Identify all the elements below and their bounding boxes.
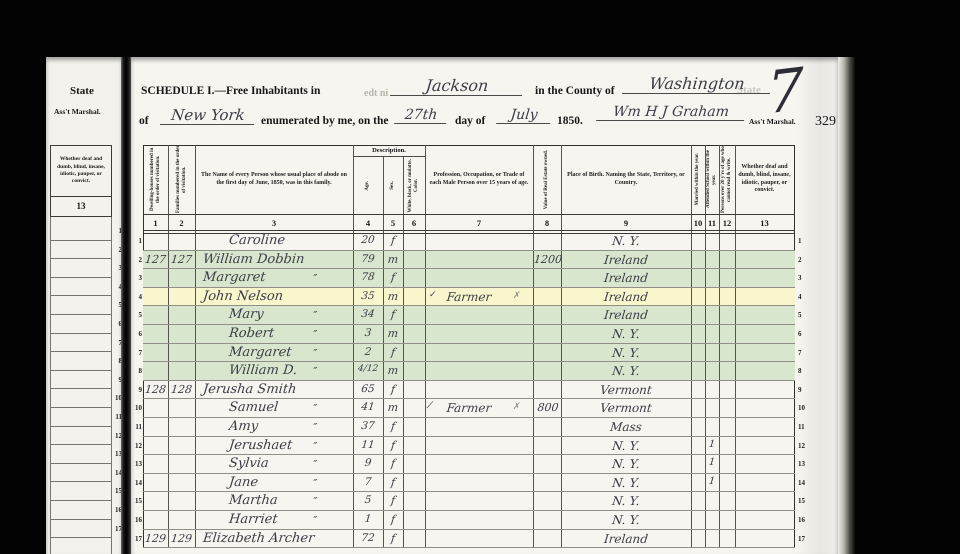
ditto-mark: ″ (312, 309, 327, 322)
facing-marshal-label: Ass't Marshal. (54, 107, 101, 116)
bleedthrough-text: edt ni (364, 88, 388, 99)
ditto-mark: ″ (312, 365, 327, 378)
facing-row-divider (50, 407, 112, 408)
column-number-text-2: 2 (179, 218, 183, 228)
age-value: 65 (352, 383, 383, 395)
row-divider (143, 436, 795, 437)
birthplace-value: Vermont (560, 401, 691, 415)
sex-value: f (382, 476, 403, 489)
ditto-mark: ″ (312, 347, 327, 360)
facing-row-divider (50, 240, 112, 241)
column-header-text-12: Persons over 20 y'rs of age who cannot r… (721, 145, 733, 214)
row-divider (143, 324, 795, 325)
census-page: SCHEDULE I.—Free Inhabitants in edt ni J… (131, 57, 838, 554)
column-number-3: 3 (195, 214, 353, 231)
age-value: 9 (352, 457, 383, 469)
sex-value: m (382, 401, 403, 414)
dwelling-number: 129 (142, 532, 168, 545)
attended-school-mark: 1 (704, 457, 719, 468)
facing-row-divider (50, 388, 112, 389)
dwelling-number: 128 (142, 383, 168, 396)
birthplace-value: Ireland (560, 532, 691, 546)
birthplace-value: Ireland (560, 271, 691, 285)
age-value: 7 (352, 476, 383, 488)
person-name: Robert (228, 326, 370, 341)
occupation-x-mark: ✗ (512, 402, 525, 412)
facing-row-divider (50, 537, 112, 538)
attended-school-mark: 1 (704, 476, 719, 487)
line-number-left: 4 (132, 293, 142, 301)
sex-value: f (382, 439, 403, 452)
column-header-text-13: Whether deaf and dumb, blind, insane, id… (735, 163, 794, 196)
column-header-6: White, black, or mulatto.Color. (403, 157, 425, 214)
facing-row-divider (50, 463, 112, 464)
facing-state-label: State (70, 85, 94, 97)
age-value: 41 (352, 401, 383, 413)
column-header-text-10: Married within the year. (695, 153, 701, 205)
line-number-left: 13 (132, 460, 142, 468)
schedule-title: SCHEDULE I.—Free Inhabitants in (141, 85, 320, 97)
birthplace-value: N. Y. (560, 457, 691, 471)
ditto-mark: ″ (312, 458, 327, 471)
facing-row-divider (50, 481, 112, 482)
column-number-text-8: 8 (545, 218, 549, 228)
facing-row-divider (50, 500, 112, 501)
sex-value: f (382, 494, 403, 507)
age-value: 11 (352, 439, 383, 451)
person-name: Mary (228, 307, 370, 322)
occupation-value: Farmer (424, 401, 513, 415)
person-name: Caroline (228, 233, 370, 248)
facing-col13-header: Whether deaf and dumb, blind, insane, id… (50, 145, 112, 197)
county-label: in the County of (535, 85, 615, 97)
sex-value: f (382, 271, 403, 284)
facing-row-divider (50, 519, 112, 520)
line-number-left: 3 (132, 274, 142, 282)
month-handwritten: July (496, 107, 552, 124)
column-header-2: Families numbered in the order of visita… (168, 145, 195, 214)
family-number: 128 (167, 383, 195, 396)
person-name: Elizabeth Archer (202, 531, 344, 546)
facing-row-divider (50, 277, 112, 278)
person-name: Margaret (228, 345, 370, 360)
column-number-7: 7 (425, 214, 533, 231)
column-number-text-13: 13 (760, 218, 769, 228)
ditto-mark: ″ (312, 495, 327, 508)
person-name: Martha (228, 493, 370, 508)
column-number-1: 1 (143, 214, 168, 231)
sex-value: f (382, 234, 403, 247)
column-header-7: Profession, Occupation, or Trade of each… (425, 145, 533, 214)
line-number-left: 10 (132, 404, 142, 412)
column-number-4: 4 (353, 214, 383, 231)
row-divider (143, 510, 795, 511)
enumerated-label: enumerated by me, on the (261, 115, 388, 127)
ditto-mark: ″ (312, 440, 327, 453)
state-handwritten: New York (160, 106, 256, 125)
line-number-left: 16 (132, 516, 142, 524)
birthplace-value: Mass (560, 420, 691, 434)
age-value: 1 (352, 513, 383, 525)
column-number-9: 9 (561, 214, 691, 231)
ditto-mark: ″ (312, 328, 327, 341)
birthplace-value: N. Y. (560, 327, 691, 341)
column-number-12: 12 (719, 214, 735, 231)
column-number-11: 11 (705, 214, 719, 231)
column-header-text-3: The Name of every Person whose usual pla… (195, 171, 353, 189)
census-image-viewer: State Ass't Marshal. Whether deaf and du… (0, 0, 960, 554)
column-header-text-9: Place of Birth. Naming the State, Territ… (561, 171, 691, 189)
column-header-1: Dwelling-houses numbered in the order of… (143, 145, 168, 214)
sex-value: f (382, 346, 403, 359)
column-header-12: Persons over 20 y'rs of age who cannot r… (719, 145, 735, 214)
line-number-left: 15 (132, 497, 142, 505)
column-number-text-3: 3 (272, 218, 276, 228)
occupation-value: Farmer (424, 290, 513, 304)
row-divider (143, 473, 795, 474)
column-header-text-4: Age. (365, 181, 371, 191)
birthplace-value: N. Y. (560, 439, 691, 453)
column-number-2: 2 (168, 214, 195, 231)
ditto-mark: ″ (312, 421, 327, 434)
facing-column-edge (111, 217, 112, 554)
facing-col13-number-cell: 13 (50, 196, 112, 217)
column-header-text-7: Profession, Occupation, or Trade of each… (425, 171, 533, 189)
column-number-text-11: 11 (708, 218, 716, 228)
line-number-left: 5 (132, 311, 142, 319)
line-number-left: 17 (132, 535, 142, 543)
line-number-left: 11 (132, 423, 142, 431)
column-header-5: Sex. (383, 157, 403, 214)
column-number-8: 8 (533, 214, 561, 231)
line-number-left: 8 (132, 367, 142, 375)
column-number-text-6: 6 (412, 218, 416, 228)
age-value: 4/12 (352, 364, 383, 374)
marshal-label: Ass't Marshal. (749, 117, 796, 126)
column-number-6: 6 (403, 214, 425, 231)
age-value: 5 (352, 494, 383, 506)
column-number-10: 10 (691, 214, 705, 231)
column-header-11: Attended School within the year. (705, 145, 719, 214)
facing-row-divider (50, 314, 112, 315)
birthplace-value: N. Y. (560, 346, 691, 360)
sex-value: f (382, 420, 403, 433)
sex-value: f (382, 513, 403, 526)
column-header-text-11: Attended School within the year. (706, 145, 718, 214)
family-number: 127 (167, 253, 195, 266)
person-name: Jane (228, 475, 370, 490)
column-header-text-6: Color. (414, 179, 420, 192)
column-number-text-4: 4 (366, 218, 370, 228)
column-number-13: 13 (735, 214, 794, 231)
age-value: 37 (352, 420, 383, 432)
column-header-10: Married within the year. (691, 145, 705, 214)
facing-row-divider (50, 258, 112, 259)
column-header-9: Place of Birth. Naming the State, Territ… (561, 145, 691, 214)
sex-value: f (382, 383, 403, 396)
person-name: Jerushaet (228, 438, 370, 453)
person-name: Jerusha Smith (202, 382, 344, 397)
person-name: John Nelson (202, 289, 344, 304)
line-number-left: 6 (132, 330, 142, 338)
birthplace-value: N. Y. (560, 513, 691, 527)
column-number-text-9: 9 (624, 218, 628, 228)
sex-value: f (382, 308, 403, 321)
facing-row-divider (50, 370, 112, 371)
birthplace-value: N. Y. (560, 234, 691, 248)
attended-school-mark: 1 (704, 439, 719, 450)
age-value: 72 (352, 532, 383, 544)
column-header-8: Value of Real Estate owned. (533, 145, 561, 214)
column-number-5: 5 (383, 214, 403, 231)
line-number-left: 7 (132, 349, 142, 357)
page-gutter (121, 57, 131, 554)
sex-value: m (382, 253, 403, 266)
age-value: 79 (352, 253, 383, 265)
year-label: 1850. (557, 115, 583, 127)
column-header-text-2: Families numbered in the order of visita… (176, 145, 188, 214)
column-number-text-5: 5 (391, 218, 395, 228)
page-edge-right (838, 57, 855, 554)
sex-value: m (382, 364, 403, 377)
row-divider (143, 343, 795, 344)
description-group-header: Description. (353, 145, 425, 157)
line-number-left: 9 (132, 386, 142, 394)
family-number: 129 (167, 532, 195, 545)
birthplace-value: N. Y. (560, 364, 691, 378)
line-number-left: 1 (132, 237, 142, 245)
birthplace-value: N. Y. (560, 476, 691, 490)
row-divider (143, 529, 795, 530)
sex-value: m (382, 290, 403, 303)
birthplace-value: N. Y. (560, 494, 691, 508)
facing-row-divider (50, 333, 112, 334)
age-value: 78 (352, 271, 383, 283)
person-name: William D. (228, 363, 370, 378)
ditto-mark: ″ (312, 477, 327, 490)
day-handwritten: 27th (394, 107, 448, 124)
column-number-text-7: 7 (477, 218, 481, 228)
of-label: of (139, 115, 149, 127)
birthplace-value: Ireland (560, 290, 691, 304)
column-header-text-1: Dwelling-houses numbered in the order of… (150, 145, 162, 214)
row-divider (143, 547, 795, 548)
birthplace-value: Ireland (560, 308, 691, 322)
column-number-text-10: 10 (694, 218, 703, 228)
facing-page-edge: State Ass't Marshal. Whether deaf and du… (46, 57, 122, 554)
row-divider (143, 417, 795, 418)
column-number-text-12: 12 (723, 218, 732, 228)
line-number-left: 12 (132, 442, 142, 450)
county-handwritten: Washington (622, 74, 772, 94)
facing-row-divider (50, 444, 112, 445)
occupation-x-mark: ✗ (512, 291, 525, 301)
person-name: William Dobbin (202, 252, 344, 267)
column-header-4: Age. (353, 157, 383, 214)
town-handwritten: Jackson (390, 76, 524, 96)
person-name: Amy (228, 419, 370, 434)
column-header-13: Whether deaf and dumb, blind, insane, id… (735, 145, 794, 214)
dwelling-number: 127 (142, 253, 168, 266)
ditto-mark: ″ (312, 402, 327, 415)
facing-row-divider (50, 426, 112, 427)
facing-row-divider (50, 295, 112, 296)
age-value: 2 (352, 346, 383, 358)
birthplace-value: Ireland (560, 253, 691, 267)
sex-value: m (382, 327, 403, 340)
person-name: Harriet (228, 512, 370, 527)
column-header-text-8: Value of Real Estate owned. (544, 150, 550, 209)
person-name: Sylvia (228, 456, 370, 471)
line-number-left: 14 (132, 479, 142, 487)
sex-value: f (382, 532, 403, 545)
marshal-signature: Wm H J Graham (596, 104, 746, 121)
age-value: 20 (352, 234, 383, 246)
row-divider (143, 250, 795, 251)
ditto-mark: ″ (312, 272, 327, 285)
age-value: 3 (352, 327, 383, 339)
birthplace-value: Vermont (560, 383, 691, 397)
column-number-text-1: 1 (153, 218, 157, 228)
day-of-label: day of (455, 115, 485, 127)
age-value: 34 (352, 308, 383, 320)
age-value: 35 (352, 290, 383, 302)
row-divider (143, 287, 795, 288)
fold-shadow (797, 57, 838, 554)
facing-row-divider (50, 351, 112, 352)
line-number-left: 2 (132, 256, 142, 264)
column-header-3: The Name of every Person whose usual pla… (195, 145, 353, 214)
person-name: Samuel (228, 400, 370, 415)
ditto-mark: ″ (312, 514, 327, 527)
facing-column-edge (50, 217, 51, 554)
column-header-text-5: Sex. (390, 181, 396, 190)
row-divider (143, 380, 795, 381)
sex-value: f (382, 457, 403, 470)
